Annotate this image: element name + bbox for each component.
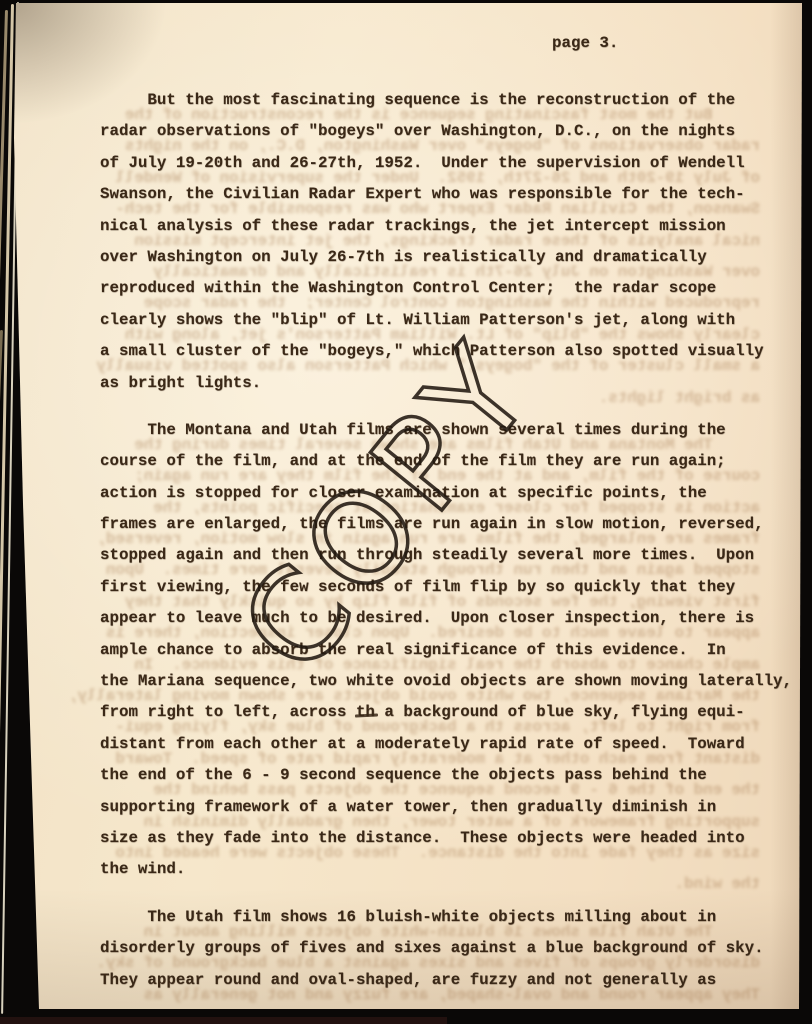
page-number: page 3. xyxy=(552,28,618,59)
text-line: of July 19-20th and 26-27th, 1952. Under… xyxy=(100,148,760,179)
text-line: the wind. xyxy=(100,854,760,885)
text-line: disorderly groups of fives and sixes aga… xyxy=(100,933,760,964)
text-line: nical analysis of these radar trackings,… xyxy=(100,211,760,242)
text-line: radar observations of "bogeys" over Wash… xyxy=(100,116,760,147)
text-line: the end of the 6 - 9 second sequence the… xyxy=(100,760,760,791)
text-line: clearly shows the "blip" of Lt. William … xyxy=(100,305,760,336)
text-line: appear to leave much to be desired. Upon… xyxy=(100,603,760,634)
text-line: They appear round and oval-shaped, are f… xyxy=(100,965,760,996)
text-line: first viewing, the few seconds of film f… xyxy=(100,572,760,603)
table-edge xyxy=(0,1017,447,1024)
text-line: But the most fascinating sequence is the… xyxy=(100,85,760,116)
text-line: The Utah film shows 16 bluish-white obje… xyxy=(100,902,760,933)
text-line: ample chance to absorb the real signific… xyxy=(100,635,760,666)
text-line: reproduced within the Washington Control… xyxy=(100,273,760,304)
text-line: from right to left, across th a backgrou… xyxy=(100,697,760,728)
text-line: the Mariana sequence, two white ovoid ob… xyxy=(100,666,760,697)
text-line: supporting framework of a water tower, t… xyxy=(100,792,760,823)
paragraph-3: The Utah film shows 16 bluish-white obje… xyxy=(100,902,760,996)
text-line: over Washington on July 26-7th is realis… xyxy=(100,242,760,273)
text-line: Swanson, the Civilian Radar Expert who w… xyxy=(100,179,760,210)
text-line: size as they fade into the distance. The… xyxy=(100,823,760,854)
photo-background: But the most fascinating sequence is the… xyxy=(0,0,812,1024)
text-line: distant from each other at a moderately … xyxy=(100,729,760,760)
